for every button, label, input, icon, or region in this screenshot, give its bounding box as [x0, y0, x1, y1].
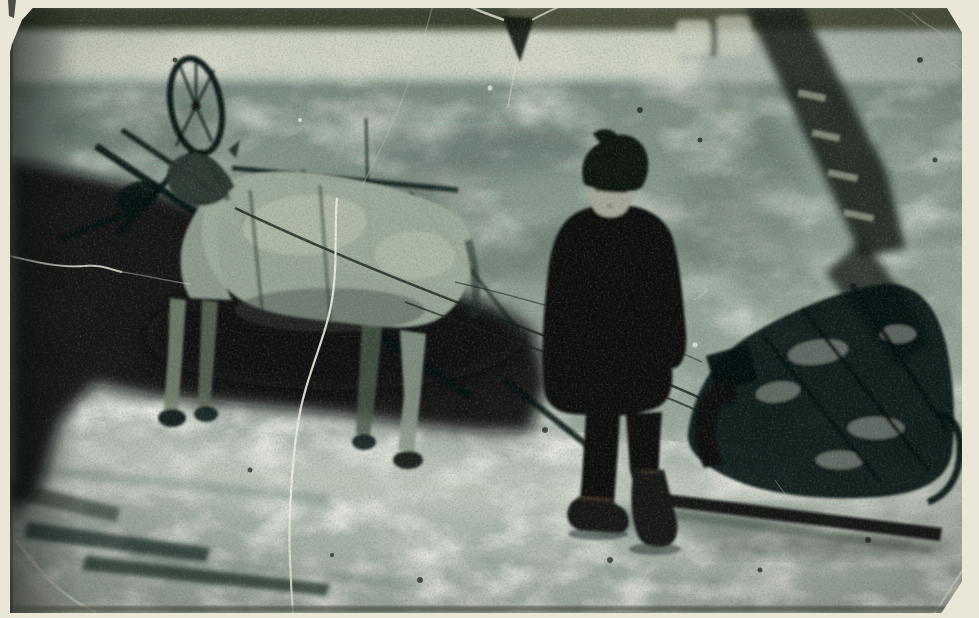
photo-border-bottom — [0, 613, 979, 618]
left-edge-shade — [9, 0, 79, 618]
vignette — [0, 0, 979, 618]
photo-border-left — [0, 0, 10, 618]
photo-border-top — [0, 0, 979, 8]
border-inner-edge — [10, 0, 13, 618]
photo-border-right — [962, 0, 979, 618]
bottom-edge-line — [9, 606, 963, 612]
photo-print — [0, 0, 979, 618]
photo-canvas — [0, 0, 979, 618]
